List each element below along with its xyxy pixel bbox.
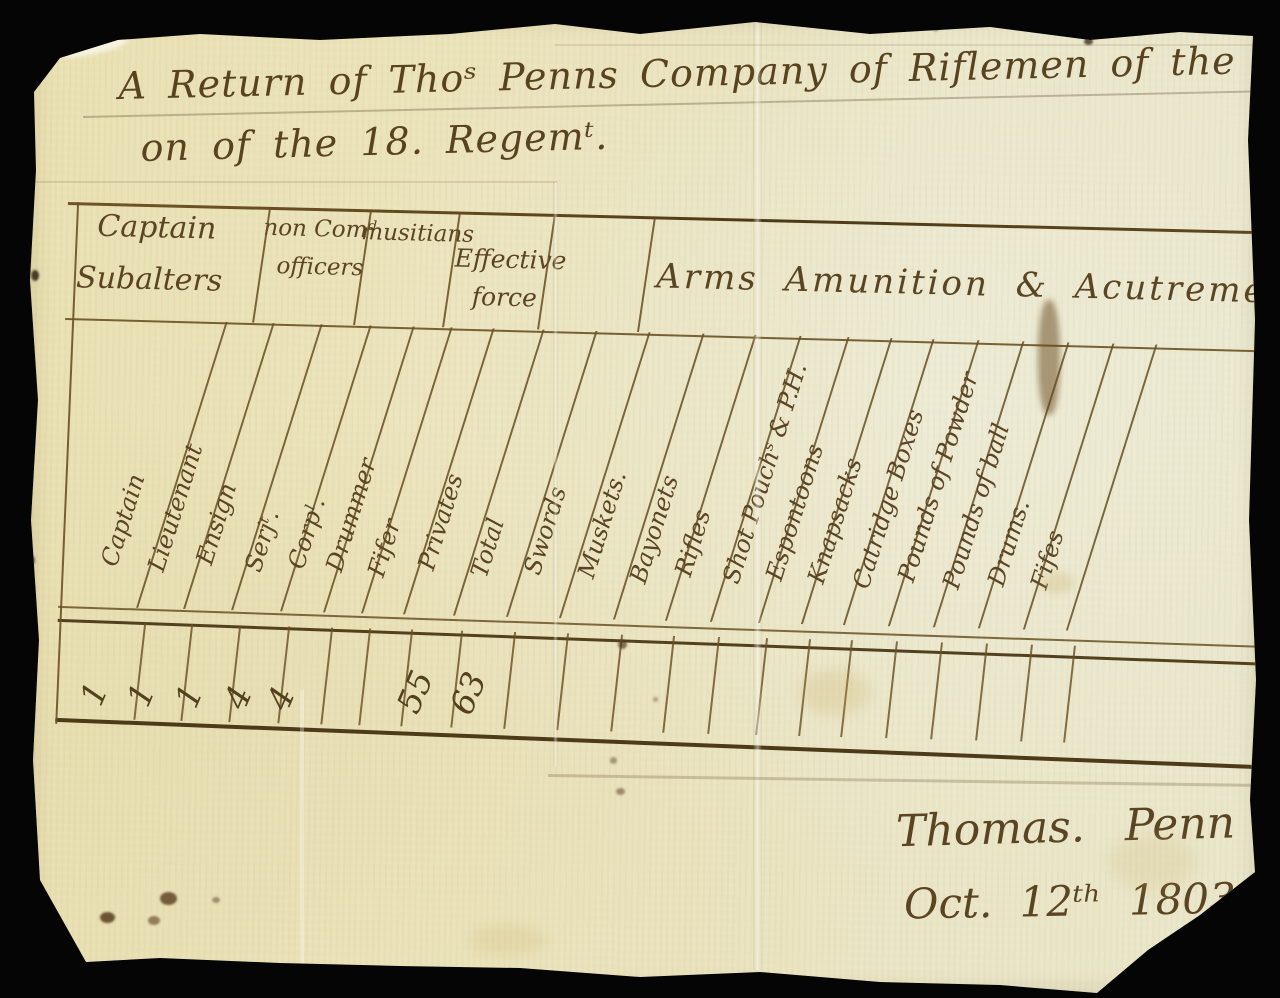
header-captain-subalterns-line1: Captain — [97, 209, 217, 247]
value-row-divider — [503, 632, 516, 729]
stain-spot — [610, 757, 617, 764]
stain-spot — [100, 912, 115, 923]
column-divider — [1066, 345, 1158, 631]
header-divider — [252, 209, 271, 323]
value-row-divider — [556, 633, 569, 730]
header-noncom-officers-line2: officers — [276, 253, 363, 281]
column-label-swords: Swords — [519, 484, 571, 578]
header-noncom-officers-line1: non Comᵈ — [263, 215, 377, 244]
header-divider — [637, 218, 656, 332]
stain-yellow — [470, 925, 545, 955]
value-row-divider — [707, 637, 720, 734]
column-label-ensign: Ensign — [191, 480, 241, 568]
signature-name: Thomas. Penn Capᵗ — [895, 794, 1260, 857]
title-line-2: on of the 18. Regemᵗ. — [140, 114, 609, 170]
stain-spot — [148, 916, 160, 925]
value-cell-serj: 4 — [216, 680, 260, 715]
header-arms-ammunition-accoutrements: Arms Amunition & Acutrements — [656, 256, 1260, 312]
table-top-rule — [68, 202, 1260, 234]
stain-spot — [160, 892, 177, 905]
value-cell-lieutenant: 1 — [119, 678, 163, 713]
value-row-divider — [930, 642, 943, 739]
value-cell-ensign: 1 — [167, 679, 211, 714]
value-row-divider — [755, 638, 768, 735]
return-table: Captain Subalters non Comᵈ officers musi… — [55, 202, 1260, 755]
column-label-rifles: Rifles — [670, 506, 715, 579]
column-label-fifer: Fifer — [363, 516, 405, 580]
fold-crease-horizontal — [548, 774, 1258, 786]
column-label-total: Total — [466, 515, 509, 580]
stain-spot — [212, 897, 220, 903]
value-row-divider — [662, 636, 675, 733]
value-row-divider — [1063, 646, 1076, 743]
value-row-divider — [840, 640, 853, 737]
value-row-divider — [610, 635, 623, 732]
value-row-divider — [798, 639, 811, 736]
value-row-divider — [975, 644, 988, 741]
column-label-captain: Captain — [96, 471, 149, 570]
value-row-divider — [885, 641, 898, 738]
value-cell-privates: 55 — [389, 665, 441, 719]
value-row-divider — [320, 628, 333, 725]
value-row-divider — [358, 628, 371, 725]
value-cell-total: 63 — [442, 666, 494, 720]
column-label-muskets: Muskets. — [573, 468, 631, 581]
paper-sheet: A Return of Thoˢ Penns Company of Riflem… — [28, 16, 1260, 994]
column-label-band: CaptainLieutenantEnsignSerjᵗ.Corpˡ.Drumm… — [58, 318, 1260, 635]
header-captain-subalterns-line2: Subalters — [76, 260, 223, 299]
title-line-1: A Return of Thoˢ Penns Company of Riflem… — [118, 34, 1260, 108]
stain-spot — [616, 788, 625, 795]
fold-crease-horizontal — [32, 181, 557, 183]
value-row-divider — [1020, 645, 1033, 742]
header-effective-force-line2: force — [471, 282, 537, 313]
value-cell-captain: 1 — [72, 676, 116, 711]
column-label-serj: Serjᵗ. — [240, 507, 284, 575]
value-cell-corp: 4 — [259, 681, 303, 716]
column-label-privates: Privates — [413, 471, 468, 574]
column-label-fifes: Fifes — [1026, 527, 1069, 592]
edge-speck — [31, 270, 39, 281]
